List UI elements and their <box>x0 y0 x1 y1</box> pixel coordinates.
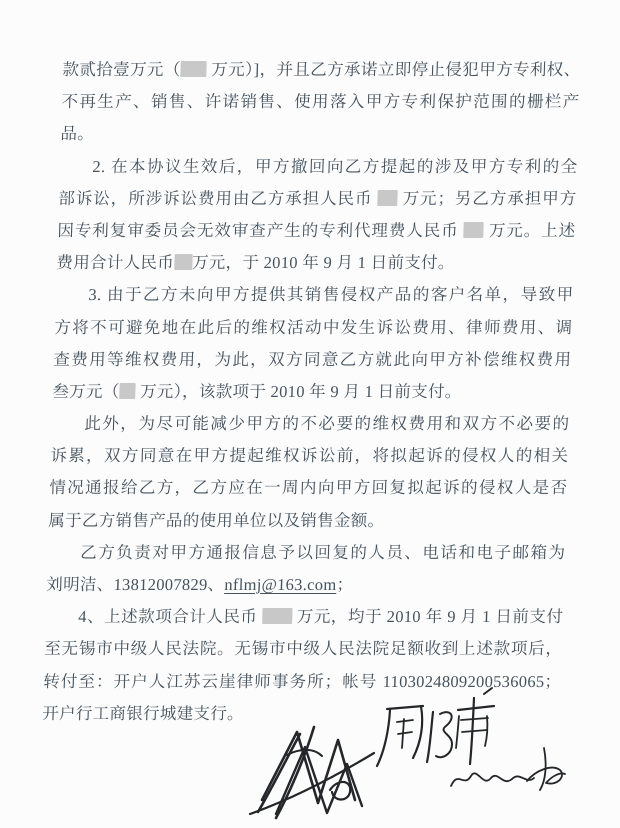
text-run: 3. 由于乙方未向甲方提供其销售侵权产品的客户名单，导致甲 <box>88 285 574 304</box>
text-run: 2. 在本协议生效后，甲方撤回向乙方提起的涉及甲方专利的全 <box>92 157 578 176</box>
text-line: 开户行工商银行城建支行。 <box>42 698 561 730</box>
text-run: 转付至：开户人江苏云崖律师事务所；帐号 1103024809200536065； <box>43 672 562 691</box>
text-run: 4、上述款项合计人民币 <box>78 607 262 626</box>
text-run: 属于乙方销售产品的使用单位以及销售金额。 <box>48 511 385 530</box>
redaction-box <box>119 383 136 399</box>
signature-cursive <box>451 748 565 790</box>
text-run: 款贰拾壹万元（ <box>62 60 181 79</box>
text-run: 部诉讼，所涉诉讼费用由乙方承担人民币 <box>58 189 378 208</box>
redaction-box <box>377 190 398 206</box>
text-line: 品。 <box>60 118 579 150</box>
text-run: ； <box>336 575 353 594</box>
text-line: 至无锡市中级人民法院。无锡市中级人民法院足额收到上述款项后， <box>44 633 563 665</box>
text-run: 品。 <box>60 124 94 143</box>
text-run: 叁万元（ <box>52 382 120 401</box>
signature-scribble <box>250 727 374 818</box>
text-run: 万元；另乙方承担甲方 <box>397 189 576 208</box>
text-line: 4、上述款项合计人民币 万元，均于 2010 年 9 月 1 日前支付 <box>45 601 564 633</box>
redaction-box <box>464 222 485 238</box>
document-lines: 款贰拾壹万元（ 万元）]，并且乙方承诺立即停止侵犯甲方专利权、不再生产、销售、许… <box>42 54 581 730</box>
redaction-box <box>174 254 193 270</box>
text-run: 万元，均于 2010 年 9 月 1 日前支付 <box>292 607 564 626</box>
text-line: 3. 由于乙方未向甲方提供其销售侵权产品的客户名单，导致甲 <box>55 279 574 311</box>
text-run: 万元），该款项于 2010 年 9 月 1 日前支付。 <box>135 382 462 401</box>
text-run: 费用合计人民币 <box>56 253 174 272</box>
text-run: 开户行工商银行城建支行。 <box>42 704 244 723</box>
document-page: 款贰拾壹万元（ 万元）]，并且乙方承诺立即停止侵犯甲方专利权、不再生产、销售、许… <box>0 0 620 828</box>
text-run: 不再生产、销售、许诺销售、使用落入甲方专利保护范围的栅栏产 <box>61 92 580 111</box>
text-line: 部诉讼，所涉诉讼费用由乙方承担人民币 万元；另乙方承担甲方 <box>58 183 577 215</box>
text-run: 情况通报给乙方，乙方应在一周内向甲方回复拟起诉的侵权人是否 <box>49 478 568 497</box>
email-text: nflmj@163.com <box>224 575 337 594</box>
text-line: 诉累，双方同意在甲方提起维权诉讼前，将拟起诉的侵权人的相关 <box>50 440 569 472</box>
text-line: 情况通报给乙方，乙方应在一周内向甲方回复拟起诉的侵权人是否 <box>49 472 568 504</box>
text-run: 诉累，双方同意在甲方提起维权诉讼前，将拟起诉的侵权人的相关 <box>50 446 569 465</box>
text-line: 查费用等维权费用，为此，双方同意乙方就此向甲方补偿维权费用 <box>53 344 572 376</box>
text-line: 转付至：开户人江苏云崖律师事务所；帐号 1103024809200536065； <box>43 666 562 698</box>
text-run: 万元，于 2010 年 9 月 1 日前支付。 <box>192 253 455 272</box>
text-run: 乙方负责对甲方通报信息予以回复的人员、电话和电子邮箱为 <box>80 543 566 562</box>
text-line: 此外，为尽可能减少甲方的不必要的维权费用和双方不必要的 <box>51 408 570 440</box>
text-run: 万元。上述 <box>484 221 576 240</box>
text-line: 不再生产、销售、许诺销售、使用落入甲方专利保护范围的栅栏产 <box>61 86 580 118</box>
text-run: 至无锡市中级人民法院。无锡市中级人民法院足额收到上述款项后， <box>44 639 563 658</box>
text-line: 费用合计人民币万元，于 2010 年 9 月 1 日前支付。 <box>56 247 575 279</box>
redaction-box <box>181 61 208 77</box>
text-run: 万元）]，并且乙方承诺立即停止侵犯甲方专利权、 <box>206 60 580 79</box>
text-line: 2. 在本协议生效后，甲方撤回向乙方提起的涉及甲方专利的全 <box>59 151 578 183</box>
text-line: 刘明洁、13812007829、nflmj@163.com； <box>46 569 565 601</box>
text-run: 方将不可避免地在此后的维权活动中发生诉讼费用、律师费用、调 <box>54 318 573 337</box>
text-run: 此外，为尽可能减少甲方的不必要的维权费用和双方不必要的 <box>84 414 570 433</box>
text-line: 叁万元（ 万元），该款项于 2010 年 9 月 1 日前支付。 <box>52 376 571 408</box>
text-run: 查费用等维权费用，为此，双方同意乙方就此向甲方补偿维权费用 <box>53 350 572 369</box>
text-line: 乙方负责对甲方通报信息予以回复的人员、电话和电子邮箱为 <box>47 537 566 569</box>
text-run: 刘明洁、13812007829、 <box>46 575 225 594</box>
text-line: 属于乙方销售产品的使用单位以及销售金额。 <box>48 505 567 537</box>
text-run: 因专利复审委员会无效审查产生的专利代理费人民币 <box>57 221 464 240</box>
text-line: 因专利复审委员会无效审查产生的专利代理费人民币 万元。上述 <box>57 215 576 247</box>
redaction-box <box>262 608 293 624</box>
text-line: 方将不可避免地在此后的维权活动中发生诉讼费用、律师费用、调 <box>54 312 573 344</box>
text-line: 款贰拾壹万元（ 万元）]，并且乙方承诺立即停止侵犯甲方专利权、 <box>62 54 581 86</box>
